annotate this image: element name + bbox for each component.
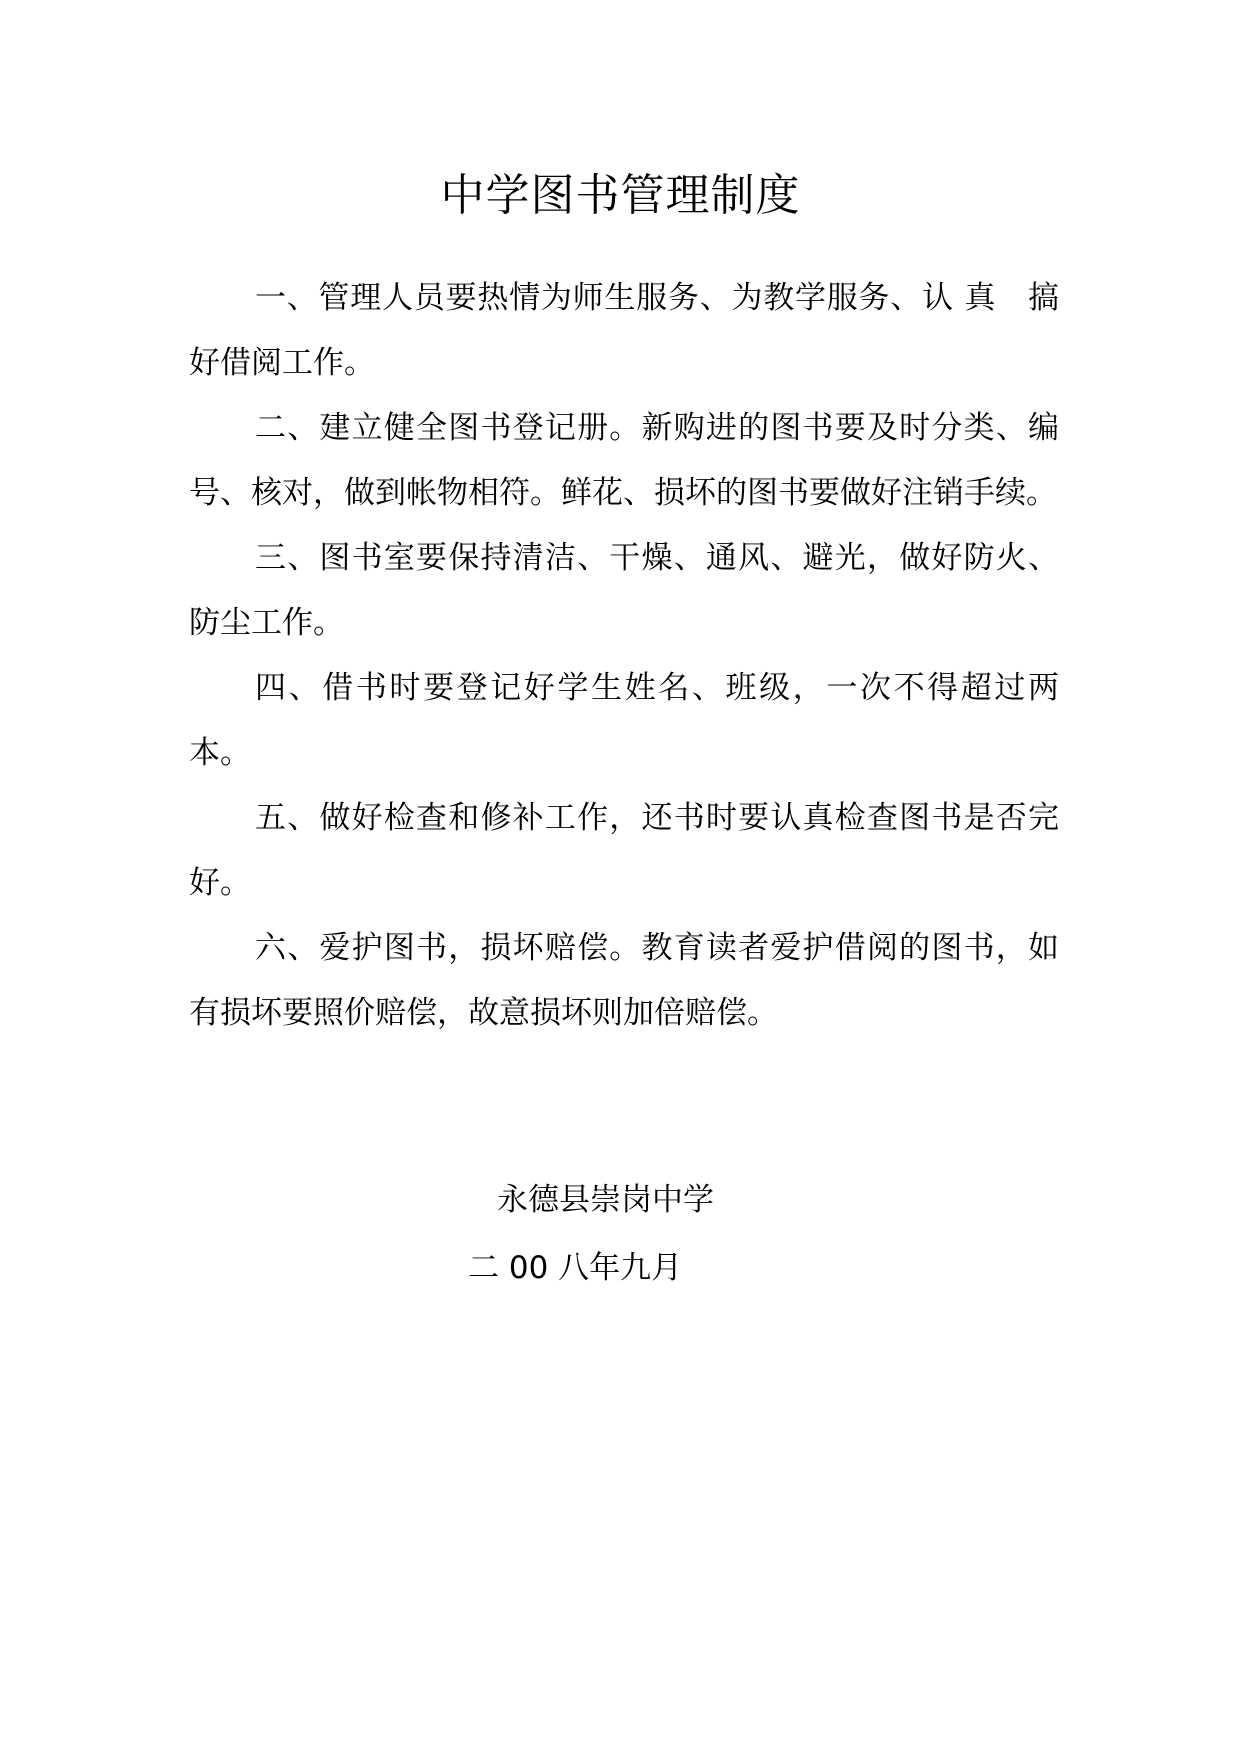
rule-paragraph-6: 六、爱护图书，损坏赔偿。教育读者爱护借阅的图书，如有损坏要照价赔偿，故意损坏则加… <box>189 916 1059 1046</box>
signature-date: 二 00 八年九月 <box>468 1248 682 1288</box>
rule-paragraph-1: 一、管理人员要热情为师生服务、为教学服务、认 真 搞好借阅工作。 <box>189 266 1059 396</box>
rule-paragraph-4: 四、借书时要登记好学生姓名、班级，一次不得超过两本。 <box>189 656 1059 786</box>
signature-school: 永德县崇岗中学 <box>497 1180 714 1220</box>
rule-paragraph-3: 三、图书室要保持清洁、干燥、通风、避光，做好防火、防尘工作。 <box>189 526 1059 656</box>
document-page: 中学图书管理制度 一、管理人员要热情为师生服务、为教学服务、认 真 搞好借阅工作… <box>0 0 1241 1754</box>
rule-paragraph-5: 五、做好检查和修补工作，还书时要认真检查图书是否完好。 <box>189 786 1059 916</box>
document-title: 中学图书管理制度 <box>0 168 1241 224</box>
rule-paragraph-2: 二、建立健全图书登记册。新购进的图书要及时分类、编号、核对，做到帐物相符。鲜花、… <box>189 396 1059 526</box>
document-body: 一、管理人员要热情为师生服务、为教学服务、认 真 搞好借阅工作。 二、建立健全图… <box>189 266 1059 1046</box>
